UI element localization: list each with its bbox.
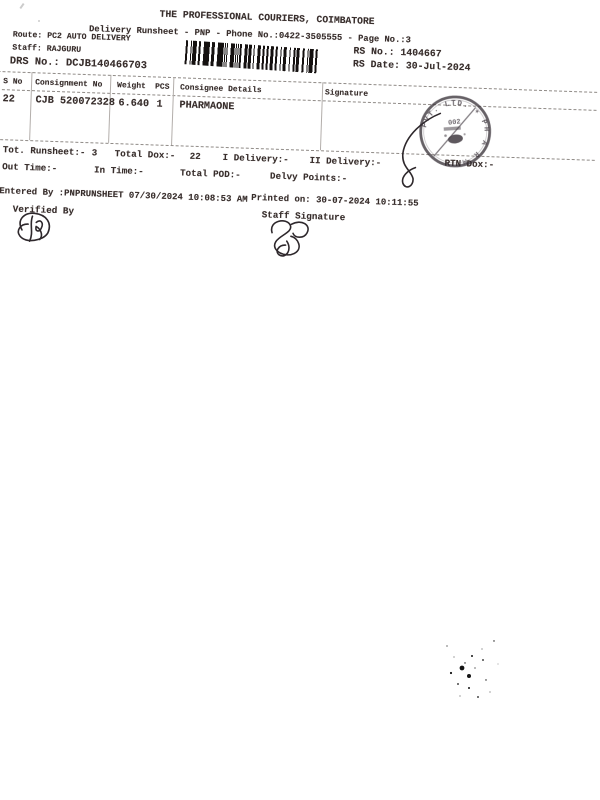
cell-sno: 22 (2, 94, 15, 105)
rs-date-line: RS Date: 30-Jul-2024 (353, 58, 471, 73)
stamp-center-text: 002 (448, 118, 461, 127)
verified-by-signature (9, 208, 60, 250)
i-delivery-label: I Delivery:- (222, 152, 289, 165)
cell-weight: 6.640 (118, 98, 149, 110)
col-header-weight: Weight (117, 81, 146, 91)
staff-signature (261, 214, 319, 264)
col-header-pcs: PCS (155, 82, 170, 91)
entered-by-line: Entered By :PNPRUNSHEET 07/30/2024 10:08… (0, 186, 248, 205)
staff-line: Staff: RAJGURU (12, 43, 81, 54)
col-header-consignment: Consignment No (35, 78, 102, 89)
barcode (184, 40, 318, 73)
drs-number-line: DRS No.: DCJB140466703 (10, 55, 148, 72)
printed-content: THE PROFESSIONAL COURIERS, COIMBATORE De… (0, 0, 600, 341)
tot-runsheet-value: 3 (92, 147, 98, 158)
column-divider (29, 72, 32, 140)
rs-number-line: RS No.: 1404667 (353, 45, 442, 59)
ink-specks (438, 634, 510, 706)
ii-delivery-label: II Delivery:- (309, 155, 381, 168)
cell-consignment: CJB 520072328 (35, 95, 115, 109)
col-header-signature: Signature (325, 88, 369, 99)
out-time-label: Out Time:- (2, 161, 57, 174)
col-header-consignee: Consignee Details (180, 83, 262, 95)
scanned-document-page: THE PROFESSIONAL COURIERS, COIMBATORE De… (0, 0, 600, 800)
total-dox-value: 22 (189, 151, 200, 162)
delvy-points-label: Delvy Points:- (270, 171, 348, 185)
scan-noise-dot (38, 20, 40, 22)
cell-pcs: 1 (156, 100, 163, 111)
company-title: THE PROFESSIONAL COURIERS, COIMBATORE (159, 9, 374, 28)
cell-consignee: PHARMAONE (179, 100, 234, 113)
document-subtitle: Delivery Runsheet - PNP - Phone No.:0422… (89, 24, 411, 45)
column-divider (320, 82, 323, 150)
rubber-stamp: PVT. LTD. ✶ P H A R M A 002 (416, 93, 494, 171)
in-time-label: In Time:- (94, 164, 144, 177)
table-bottom-border (0, 139, 595, 161)
tot-runsheet-label: Tot. Runsheet:- (3, 144, 86, 158)
col-header-sno: S No (3, 77, 23, 87)
total-pod-label: Total POD:- (180, 167, 241, 180)
column-divider (171, 77, 174, 145)
total-dox-label: Total Dox:- (115, 148, 176, 161)
printed-on-line: Printed on: 30-07-2024 10:11:55 (251, 193, 419, 209)
